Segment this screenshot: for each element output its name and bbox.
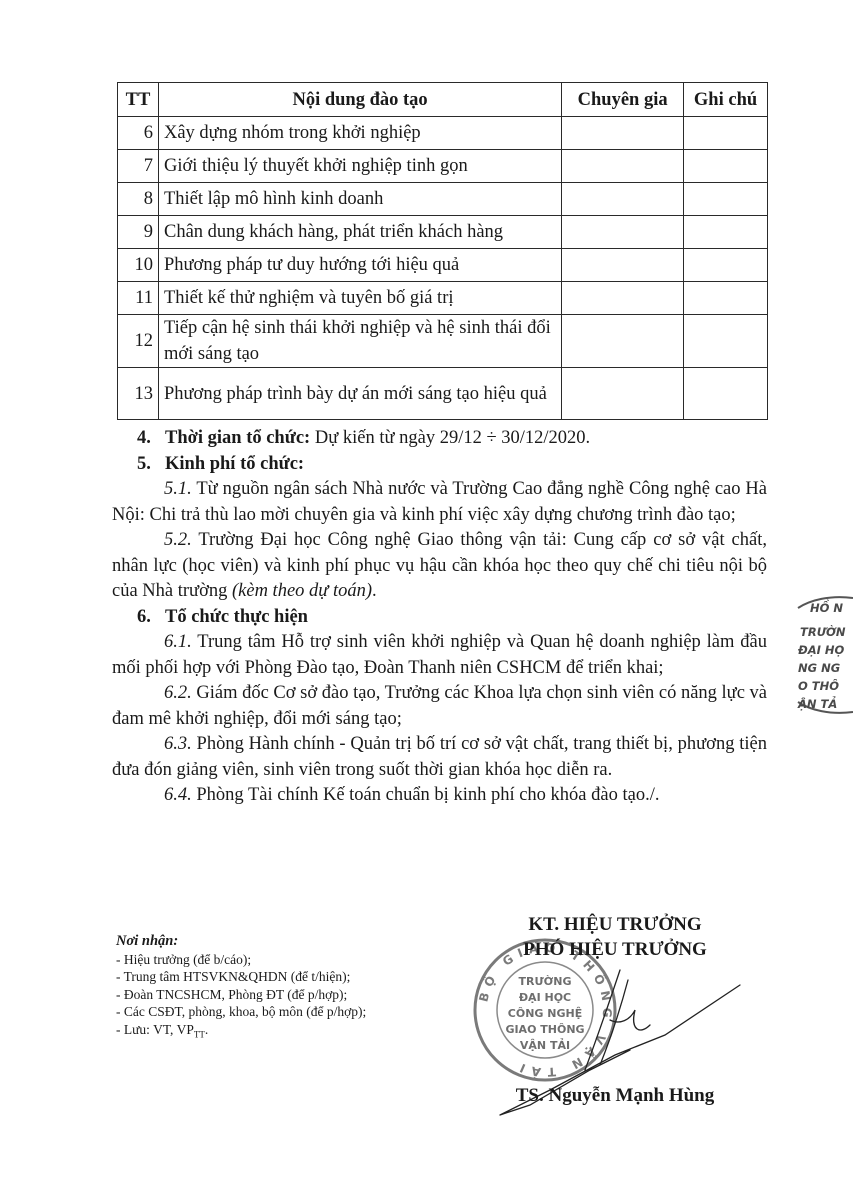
paragraph-number: 5.2. xyxy=(164,530,192,550)
section-number: 4. xyxy=(137,426,165,452)
section-title: Thời gian tổ chức: xyxy=(165,428,310,448)
row-expert xyxy=(562,150,684,183)
section-text: Dự kiến từ ngày 29/12 ÷ 30/12/2020. xyxy=(310,428,590,448)
row-note xyxy=(684,282,768,315)
section-4: 4.Thời gian tổ chức: Dự kiến từ ngày 29/… xyxy=(112,426,767,452)
row-number: 12 xyxy=(118,315,159,368)
row-number: 6 xyxy=(118,117,159,150)
section-title: Kinh phí tổ chức: xyxy=(165,454,304,474)
row-expert xyxy=(562,249,684,282)
row-content: Chân dung khách hàng, phát triển khách h… xyxy=(158,216,561,249)
paragraph-text: Giám đốc Cơ sở đào tạo, Trưởng các Khoa … xyxy=(112,683,767,729)
training-content-table: TT Nội dung đào tạo Chuyên gia Ghi chú 6… xyxy=(117,82,768,420)
section-number: 6. xyxy=(137,605,165,631)
row-content: Phương pháp tư duy hướng tới hiệu quả xyxy=(158,249,561,282)
paragraph-number: 6.1. xyxy=(164,632,192,652)
row-content: Giới thiệu lý thuyết khởi nghiệp tinh gọ… xyxy=(158,150,561,183)
row-expert xyxy=(562,368,684,420)
header-tt: TT xyxy=(118,83,159,117)
side-stamp-line: NG NG xyxy=(798,661,840,675)
paragraph-text: Phòng Tài chính Kế toán chuẩn bị kinh ph… xyxy=(192,785,660,805)
recipient-item: - Trung tâm HTSVKN&QHDN (để t/hiện); xyxy=(116,968,456,986)
row-note xyxy=(684,150,768,183)
paragraph-text: Phòng Hành chính - Quản trị bố trí cơ sở… xyxy=(112,734,767,780)
row-number: 9 xyxy=(118,216,159,249)
table-row: 10 Phương pháp tư duy hướng tới hiệu quả xyxy=(118,249,768,282)
table-row: 12 Tiếp cận hệ sinh thái khởi nghiệp và … xyxy=(118,315,768,368)
row-expert xyxy=(562,315,684,368)
header-content: Nội dung đào tạo xyxy=(158,83,561,117)
row-number: 13 xyxy=(118,368,159,420)
table-row: 7 Giới thiệu lý thuyết khởi nghiệp tinh … xyxy=(118,150,768,183)
paragraph-6-3: 6.3. Phòng Hành chính - Quản trị bố trí … xyxy=(112,732,767,783)
paragraph-number: 6.4. xyxy=(164,785,192,805)
row-number: 11 xyxy=(118,282,159,315)
paragraph-text: Trung tâm Hỗ trợ sinh viên khởi nghiệp v… xyxy=(112,632,767,678)
row-note xyxy=(684,216,768,249)
side-stamp-line: O THÔ xyxy=(798,678,839,693)
row-content: Phương pháp trình bày dự án mới sáng tạo… xyxy=(158,368,561,420)
table-row: 9 Chân dung khách hàng, phát triển khách… xyxy=(118,216,768,249)
handwritten-signature-icon xyxy=(470,940,770,1140)
row-expert xyxy=(562,216,684,249)
document-page: TT Nội dung đào tạo Chuyên gia Ghi chú 6… xyxy=(0,0,853,1200)
recipient-item: - Các CSĐT, phòng, khoa, bộ môn (để p/hợ… xyxy=(116,1003,456,1021)
side-stamp-line: ẬN TẢ xyxy=(797,695,837,711)
row-note xyxy=(684,183,768,216)
recipients-block: Nơi nhận: - Hiệu trưởng (để b/cáo); - Tr… xyxy=(116,933,456,1044)
row-expert xyxy=(562,183,684,216)
row-number: 10 xyxy=(118,249,159,282)
paragraph-text: Trường Đại học Công nghệ Giao thông vận … xyxy=(112,530,767,601)
row-expert xyxy=(562,117,684,150)
paragraph-6-1: 6.1. Trung tâm Hỗ trợ sinh viên khởi ngh… xyxy=(112,630,767,681)
recipient-item: - Đoàn TNCSHCM, Phòng ĐT (để p/hợp); xyxy=(116,986,456,1004)
row-note xyxy=(684,117,768,150)
section-title: Tổ chức thực hiện xyxy=(165,607,308,627)
header-note: Ghi chú xyxy=(684,83,768,117)
recipient-archive-sub: TT xyxy=(194,1029,205,1039)
recipient-item: - Hiệu trưởng (để b/cáo); xyxy=(116,951,456,969)
paragraph-end: . xyxy=(372,581,377,601)
row-note xyxy=(684,315,768,368)
recipients-title: Nơi nhận: xyxy=(116,933,456,951)
paragraph-italic-note: (kèm theo dự toán) xyxy=(232,581,372,601)
side-stamp-line: ĐẠI HỌ xyxy=(797,643,845,657)
recipient-archive-end: . xyxy=(205,1022,208,1037)
table-row: 6 Xây dựng nhóm trong khởi nghiệp xyxy=(118,117,768,150)
paragraph-6-2: 6.2. Giám đốc Cơ sở đào tạo, Trưởng các … xyxy=(112,681,767,732)
paragraph-5-2: 5.2. Trường Đại học Công nghệ Giao thông… xyxy=(112,528,767,605)
paragraph-number: 6.2. xyxy=(164,683,192,703)
signer-name: TS. Nguyễn Mạnh Hùng xyxy=(470,1085,760,1107)
table-row: 11 Thiết kế thử nghiệm và tuyên bố giá t… xyxy=(118,282,768,315)
paragraph-text: Từ nguồn ngân sách Nhà nước và Trường Ca… xyxy=(112,479,767,525)
section-5: 5.Kinh phí tổ chức: xyxy=(112,452,767,478)
side-stamp-line: TRƯỜN xyxy=(800,624,846,639)
paragraph-number: 5.1. xyxy=(164,479,192,499)
partial-seal-icon: HỒ N TRƯỜN ĐẠI HỌ NG NG O THÔ ẬN TẢ xyxy=(790,590,853,720)
document-body: 4.Thời gian tổ chức: Dự kiến từ ngày 29/… xyxy=(112,426,767,809)
row-number: 7 xyxy=(118,150,159,183)
row-number: 8 xyxy=(118,183,159,216)
recipient-archive: - Lưu: VT, VP xyxy=(116,1022,194,1037)
row-content: Xây dựng nhóm trong khởi nghiệp xyxy=(158,117,561,150)
row-note xyxy=(684,249,768,282)
paragraph-5-1: 5.1. Từ nguồn ngân sách Nhà nước và Trườ… xyxy=(112,477,767,528)
side-stamp-line: HỒ N xyxy=(810,598,843,615)
table-row: 13 Phương pháp trình bày dự án mới sáng … xyxy=(118,368,768,420)
recipient-item: - Lưu: VT, VPTT. xyxy=(116,1021,456,1044)
section-6: 6.Tổ chức thực hiện xyxy=(112,605,767,631)
section-number: 5. xyxy=(137,452,165,478)
row-content: Thiết lập mô hình kinh doanh xyxy=(158,183,561,216)
row-content: Thiết kế thử nghiệm và tuyên bố giá trị xyxy=(158,282,561,315)
paragraph-number: 6.3. xyxy=(164,734,192,754)
header-expert: Chuyên gia xyxy=(562,83,684,117)
table-row: 8 Thiết lập mô hình kinh doanh xyxy=(118,183,768,216)
row-content: Tiếp cận hệ sinh thái khởi nghiệp và hệ … xyxy=(158,315,561,368)
row-expert xyxy=(562,282,684,315)
signature-title-1: KT. HIỆU TRƯỞNG xyxy=(470,912,760,937)
row-note xyxy=(684,368,768,420)
table-header-row: TT Nội dung đào tạo Chuyên gia Ghi chú xyxy=(118,83,768,117)
paragraph-6-4: 6.4. Phòng Tài chính Kế toán chuẩn bị ki… xyxy=(112,783,767,809)
